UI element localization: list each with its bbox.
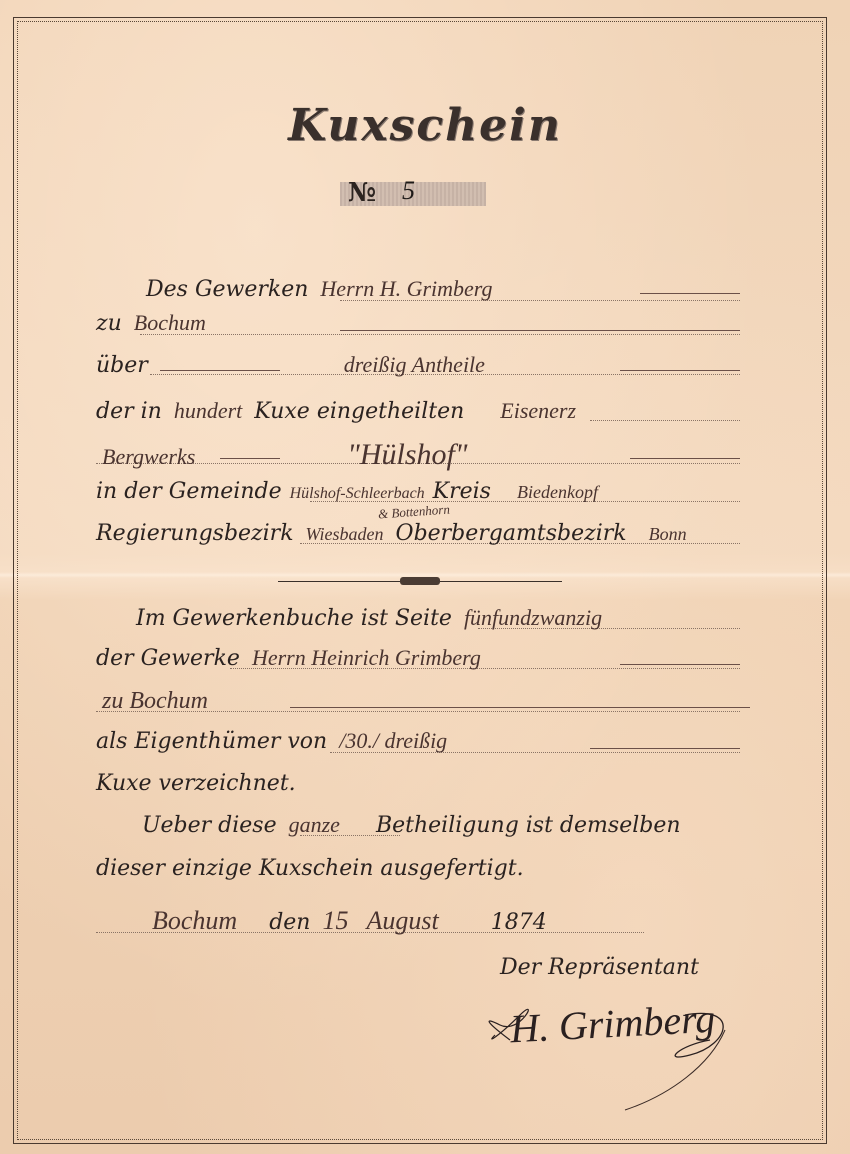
handwritten-owner: Herrn Heinrich Grimberg bbox=[252, 645, 481, 670]
line-regierungsbezirk: Regierungsbezirk Wiesbaden Oberbergamtsb… bbox=[96, 520, 693, 547]
printed-text: in der Gemeinde bbox=[96, 479, 282, 504]
printed-text: als Eigenthümer von bbox=[96, 729, 327, 754]
line-zu: zu Bochum bbox=[96, 310, 212, 337]
printed-den: den bbox=[269, 910, 310, 935]
line-kuxe: der in hundert Kuxe eingetheilten Eisene… bbox=[96, 398, 582, 425]
handwritten-amount: /30./ dreißig bbox=[339, 728, 447, 753]
line-gewerke: der Gewerke Herrn Heinrich Grimberg bbox=[96, 645, 487, 672]
handwritten-place: Bochum bbox=[134, 310, 206, 335]
handwritten-mineral: Eisenerz bbox=[500, 398, 576, 423]
filler-dash bbox=[590, 748, 740, 749]
signatory-title: Der Repräsentant bbox=[500, 954, 699, 981]
printed-text: Regierungsbezirk bbox=[96, 521, 294, 546]
filler-dash bbox=[620, 370, 740, 371]
line-bergwerk: Bergwerks "Hülshof" bbox=[96, 438, 474, 472]
document-title: Kuxschein bbox=[0, 100, 850, 151]
printed-text: über bbox=[96, 353, 148, 378]
printed-text: Kreis bbox=[433, 479, 491, 504]
line-eigenthuemer: als Eigenthümer von /30./ dreißig bbox=[96, 728, 453, 755]
line-ueber-diese: Ueber diese ganze Betheiligung ist demse… bbox=[142, 812, 681, 839]
filler-dash bbox=[630, 458, 740, 459]
printed-text: Ueber diese bbox=[142, 813, 277, 838]
filler-dash bbox=[340, 330, 740, 331]
printed-text: Betheiligung ist demselben bbox=[376, 813, 681, 838]
filler-dash bbox=[620, 664, 740, 665]
handwritten-municipality: Hülshof-Schleerbach bbox=[290, 485, 425, 502]
handwritten-region: Wiesbaden bbox=[306, 524, 384, 544]
printed-text: Kuxe verzeichnet. bbox=[96, 771, 296, 796]
filler-dash bbox=[290, 707, 750, 708]
handwritten-count: hundert bbox=[174, 398, 242, 423]
printed-text: Oberbergamtsbezirk bbox=[396, 521, 627, 546]
printed-text: Des Gewerken bbox=[146, 277, 308, 302]
filler-dash bbox=[640, 293, 740, 294]
handwritten-day: 15 bbox=[322, 906, 348, 935]
printed-text: Kuxe eingetheilten bbox=[254, 399, 464, 424]
line-gemeinde: in der Gemeinde Hülshof-Schleerbach Krei… bbox=[96, 478, 604, 505]
fill-line bbox=[590, 420, 740, 421]
printed-text: Im Gewerkenbuche ist Seite bbox=[136, 606, 452, 631]
line-verzeichnet: Kuxe verzeichnet. bbox=[96, 770, 296, 797]
line-gewerken: Des Gewerken Herrn H. Grimberg bbox=[146, 276, 499, 303]
handwritten-share-type: ganze bbox=[289, 812, 340, 837]
handwritten-mine-name: "Hülshof" bbox=[347, 438, 467, 471]
handwritten-district: Biedenkopf bbox=[517, 482, 598, 502]
handwritten-mining-office: Bonn bbox=[649, 524, 687, 544]
printed-text: der in bbox=[96, 399, 162, 424]
line-ausgefertigt: dieser einzige Kuxschein ausgefertigt. bbox=[96, 855, 524, 882]
line-zu-bochum: zu Bochum bbox=[96, 688, 214, 715]
handwritten-name: Herrn H. Grimberg bbox=[320, 276, 492, 301]
handwritten-mine-type: Bergwerks bbox=[102, 444, 195, 469]
handwritten-page: fünfundzwanzig bbox=[464, 605, 602, 630]
printed-text: dieser einzige Kuxschein ausgefertigt. bbox=[96, 856, 524, 881]
handwritten-place: Bochum bbox=[152, 906, 237, 935]
printed-text: Der Repräsentant bbox=[500, 955, 699, 980]
printed-text: zu bbox=[96, 311, 122, 336]
date-line: Bochum den 15 August 1874 bbox=[146, 906, 547, 936]
certificate-number: 5 bbox=[402, 176, 415, 206]
fill-line bbox=[140, 334, 740, 335]
handwritten-place: zu Bochum bbox=[102, 688, 208, 714]
printed-text: der Gewerke bbox=[96, 646, 240, 671]
number-label: № bbox=[348, 178, 376, 208]
handwritten-month: August bbox=[366, 906, 438, 935]
year: 1874 bbox=[491, 910, 547, 935]
line-gewerkenbuch: Im Gewerkenbuche ist Seite fünfundzwanzi… bbox=[136, 605, 608, 632]
line-ueber: über dreißig Antheile bbox=[96, 352, 491, 379]
handwritten-shares: dreißig Antheile bbox=[344, 352, 485, 377]
divider-ornament bbox=[278, 580, 562, 584]
